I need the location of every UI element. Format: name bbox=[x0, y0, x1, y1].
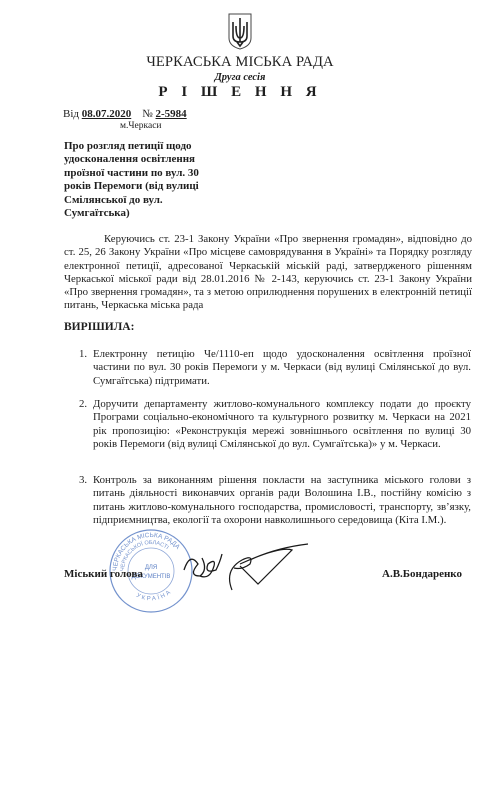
subject-line: років Перемоги (від вулиці bbox=[64, 180, 244, 193]
date-number-line: Від 08.07.2020 № 2-5984 bbox=[63, 108, 187, 120]
subject-line: Сумгаїтська) bbox=[64, 207, 244, 220]
item-number: 1. bbox=[79, 348, 87, 361]
item-text: Контроль за виконанням рішення покласти … bbox=[93, 474, 471, 526]
ukraine-coat-of-arms-icon bbox=[227, 12, 253, 50]
item-text: Електронну петицію Че/1110-еп щодо удоск… bbox=[93, 348, 471, 387]
date-prefix: Від bbox=[63, 108, 79, 120]
preamble-paragraph: Керуючись ст. 23-1 Закону України «Про з… bbox=[64, 233, 472, 313]
stamp-center-line: ДЛЯ bbox=[145, 565, 157, 571]
subject-line: Про розгляд петиції щодо bbox=[64, 140, 244, 153]
decision-date: 08.07.2020 bbox=[82, 108, 132, 120]
resolution-item: 3. Контроль за виконанням рішення поклас… bbox=[93, 474, 471, 527]
signatory-name: А.В.Бондаренко bbox=[382, 568, 462, 580]
item-number: 3. bbox=[79, 474, 87, 487]
session-label: Друга сесія bbox=[0, 72, 480, 83]
resolution-item: 1. Електронну петицію Че/1110-еп щодо уд… bbox=[93, 348, 471, 388]
organization-title: ЧЕРКАСЬКА МІСЬКА РАДА bbox=[0, 54, 480, 71]
number-prefix: № bbox=[142, 108, 153, 120]
document-type-heading: Р І Ш Е Н Н Я bbox=[0, 84, 480, 101]
subject-block: Про розгляд петиції щодо удосконалення о… bbox=[64, 140, 244, 220]
subject-line: удосконалення освітлення bbox=[64, 153, 244, 166]
item-text: Доручити департаменту житлово-комунально… bbox=[93, 398, 471, 450]
subject-line: проїзної частини по вул. 30 bbox=[64, 167, 244, 180]
svg-text:УКРАЇНА: УКРАЇНА bbox=[135, 589, 173, 603]
handwritten-signature bbox=[180, 540, 310, 600]
decision-number: 2-5984 bbox=[156, 108, 187, 120]
signatory-title: Міський голова bbox=[64, 568, 143, 580]
resolved-heading: ВИРІШИЛА: bbox=[64, 321, 134, 333]
subject-line: Смілянської до вул. bbox=[64, 194, 244, 207]
item-number: 2. bbox=[79, 398, 87, 411]
city-label: м.Черкаси bbox=[120, 121, 162, 131]
stamp-bottom-text: УКРАЇНА bbox=[135, 589, 173, 603]
resolution-item: 2. Доручити департаменту житлово-комунал… bbox=[93, 398, 471, 451]
